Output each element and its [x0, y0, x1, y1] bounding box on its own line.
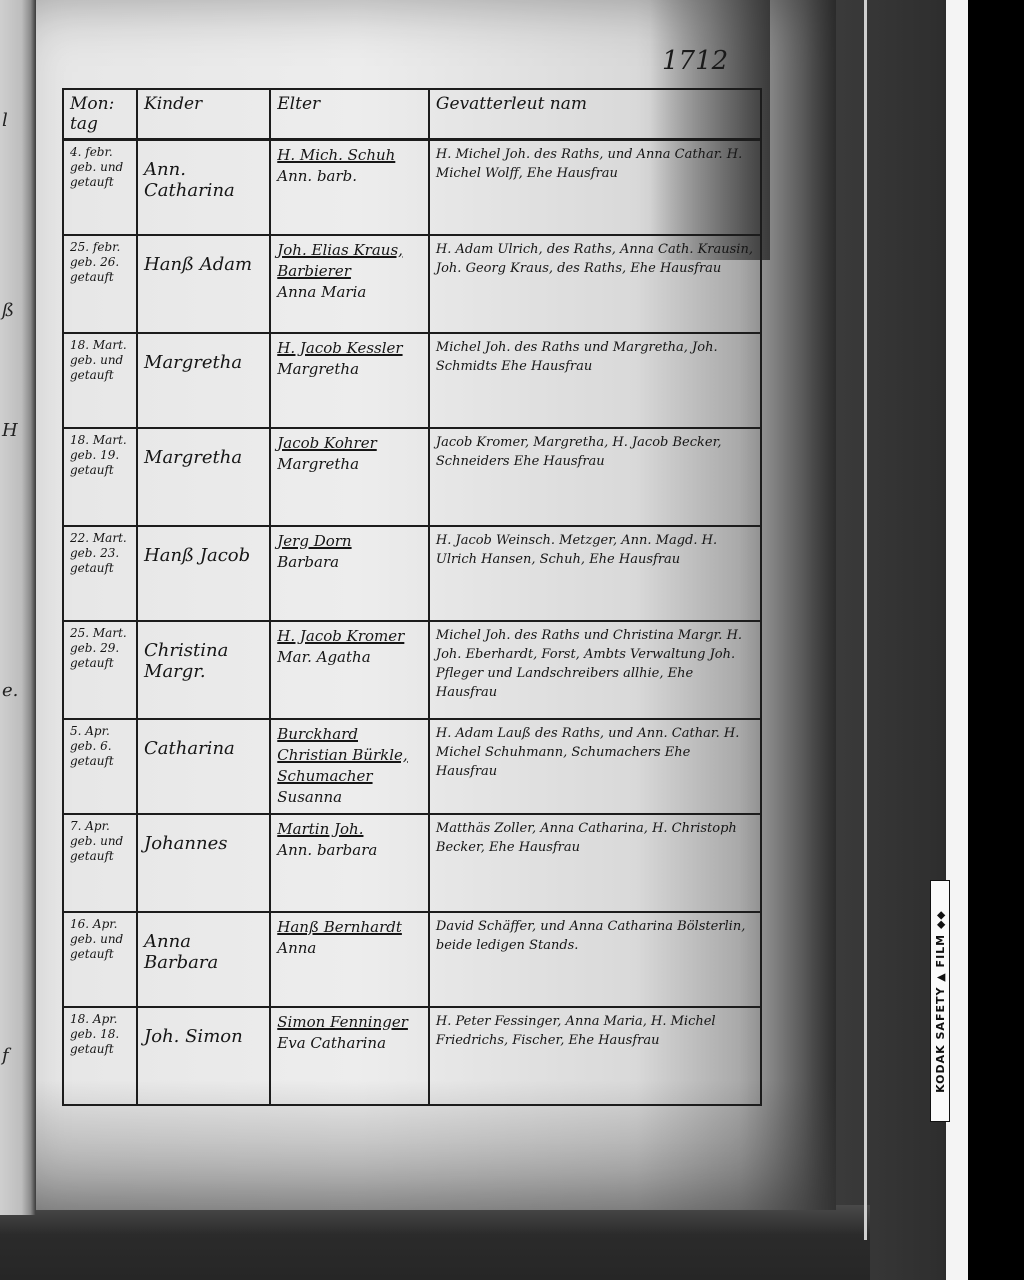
sponsors-cell: Matthäs Zoller, Anna Catharina, H. Chris… — [429, 814, 761, 912]
film-bottom-margin — [0, 1205, 870, 1280]
child-name-cell: Catharina — [137, 719, 270, 814]
table-row: 18. Apr. geb. 18. getauftJoh. SimonSimon… — [63, 1007, 761, 1105]
left-neighbouring-page: l ß H e. f — [0, 0, 36, 1215]
date-cell: 18. Mart. geb. und getauft — [63, 333, 137, 428]
father-name: Jacob Kohrer — [277, 433, 422, 454]
table-row: 5. Apr. geb. 6. getauftCatharinaBurckhar… — [63, 719, 761, 814]
parents-cell: H. Mich. SchuhAnn. barb. — [270, 140, 429, 235]
date-cell: 18. Apr. geb. 18. getauft — [63, 1007, 137, 1105]
header-child: Kinder — [137, 89, 270, 140]
date-cell: 25. Mart. geb. 29. getauft — [63, 621, 137, 719]
film-edge-label: KODAK SAFETY ▲ FILM ◆◆ — [930, 880, 950, 1122]
header-row: Mon: tag Kinder Elter Gevatterleut nam — [63, 89, 761, 140]
mother-name: Ann. barbara — [277, 840, 422, 861]
child-name-cell: Anna Barbara — [137, 912, 270, 1007]
father-name: H. Mich. Schuh — [277, 145, 422, 166]
sponsors-cell: Jacob Kromer, Margretha, H. Jacob Becker… — [429, 428, 761, 526]
baptism-register-table: Mon: tag Kinder Elter Gevatterleut nam 4… — [62, 88, 762, 1106]
left-page-fragment: l — [2, 110, 8, 131]
parents-cell: H. Jacob KesslerMargretha — [270, 333, 429, 428]
father-name: Burckhard Christian Bürkle, Schumacher — [277, 724, 422, 787]
left-page-fragment: e. — [2, 680, 18, 701]
mother-name: Mar. Agatha — [277, 647, 422, 668]
film-strip-border — [968, 0, 1024, 1280]
date-cell: 18. Mart. geb. 19. getauft — [63, 428, 137, 526]
mother-name: Susanna — [277, 787, 422, 808]
child-name-cell: Hanß Jacob — [137, 526, 270, 621]
sponsors-cell: H. Adam Lauß des Raths, und Ann. Cathar.… — [429, 719, 761, 814]
child-name-cell: Margretha — [137, 428, 270, 526]
father-name: Hanß Bernhardt — [277, 917, 422, 938]
child-name-cell: Christina Margr. — [137, 621, 270, 719]
father-name: Martin Joh. — [277, 819, 422, 840]
film-edge-label-text: KODAK SAFETY ▲ FILM ◆◆ — [934, 910, 947, 1093]
table-row: 7. Apr. geb. und getauftJohannesMartin J… — [63, 814, 761, 912]
left-page-fragment: ß — [2, 300, 14, 321]
header-sponsors: Gevatterleut nam — [429, 89, 761, 140]
sponsors-cell: Michel Joh. des Raths und Margretha, Joh… — [429, 333, 761, 428]
father-name: Joh. Elias Kraus, Barbierer — [277, 240, 422, 282]
mother-name: Ann. barb. — [277, 166, 422, 187]
mother-name: Margretha — [277, 359, 422, 380]
mother-name: Anna — [277, 938, 422, 959]
father-name: H. Jacob Kromer — [277, 626, 422, 647]
mother-name: Eva Catharina — [277, 1033, 422, 1054]
parents-cell: Simon FenningerEva Catharina — [270, 1007, 429, 1105]
table-row: 16. Apr. geb. und getauftAnna BarbaraHan… — [63, 912, 761, 1007]
sponsors-cell: H. Adam Ulrich, des Raths, Anna Cath. Kr… — [429, 235, 761, 333]
left-page-fragment: f — [2, 1045, 9, 1066]
date-cell: 5. Apr. geb. 6. getauft — [63, 719, 137, 814]
child-name-cell: Johannes — [137, 814, 270, 912]
table-row: 22. Mart. geb. 23. getauftHanß JacobJerg… — [63, 526, 761, 621]
child-name-cell: Ann. Catharina — [137, 140, 270, 235]
parents-cell: Jerg DornBarbara — [270, 526, 429, 621]
sponsors-cell: H. Michel Joh. des Raths, und Anna Catha… — [429, 140, 761, 235]
parents-cell: Jacob KohrerMargretha — [270, 428, 429, 526]
film-frame-edge — [864, 0, 867, 1240]
parents-cell: H. Jacob KromerMar. Agatha — [270, 621, 429, 719]
date-cell: 25. febr. geb. 26. getauft — [63, 235, 137, 333]
child-name-cell: Hanß Adam — [137, 235, 270, 333]
sponsors-cell: H. Peter Fessinger, Anna Maria, H. Miche… — [429, 1007, 761, 1105]
sponsors-cell: H. Jacob Weinsch. Metzger, Ann. Magd. H.… — [429, 526, 761, 621]
sponsors-cell: David Schäffer, und Anna Catharina Bölst… — [429, 912, 761, 1007]
date-cell: 22. Mart. geb. 23. getauft — [63, 526, 137, 621]
header-parents: Elter — [270, 89, 429, 140]
parents-cell: Joh. Elias Kraus, BarbiererAnna Maria — [270, 235, 429, 333]
page-number: 1712 — [662, 46, 728, 76]
table-row: 18. Mart. geb. und getauftMargrethaH. Ja… — [63, 333, 761, 428]
mother-name: Anna Maria — [277, 282, 422, 303]
father-name: H. Jacob Kessler — [277, 338, 422, 359]
child-name-cell: Joh. Simon — [137, 1007, 270, 1105]
table-row: 25. febr. geb. 26. getauftHanß AdamJoh. … — [63, 235, 761, 333]
parents-cell: Hanß BernhardtAnna — [270, 912, 429, 1007]
date-cell: 16. Apr. geb. und getauft — [63, 912, 137, 1007]
mother-name: Barbara — [277, 552, 422, 573]
parents-cell: Martin Joh.Ann. barbara — [270, 814, 429, 912]
father-name: Jerg Dorn — [277, 531, 422, 552]
sponsors-cell: Michel Joh. des Raths und Christina Marg… — [429, 621, 761, 719]
mother-name: Margretha — [277, 454, 422, 475]
parents-cell: Burckhard Christian Bürkle, SchumacherSu… — [270, 719, 429, 814]
table-row: 4. febr. geb. und getauftAnn. CatharinaH… — [63, 140, 761, 235]
child-name-cell: Margretha — [137, 333, 270, 428]
left-page-fragment: H — [2, 420, 18, 441]
date-cell: 4. febr. geb. und getauft — [63, 140, 137, 235]
father-name: Simon Fenninger — [277, 1012, 422, 1033]
date-cell: 7. Apr. geb. und getauft — [63, 814, 137, 912]
table-row: 25. Mart. geb. 29. getauftChristina Marg… — [63, 621, 761, 719]
table-row: 18. Mart. geb. 19. getauftMargrethaJacob… — [63, 428, 761, 526]
header-date: Mon: tag — [63, 89, 137, 140]
